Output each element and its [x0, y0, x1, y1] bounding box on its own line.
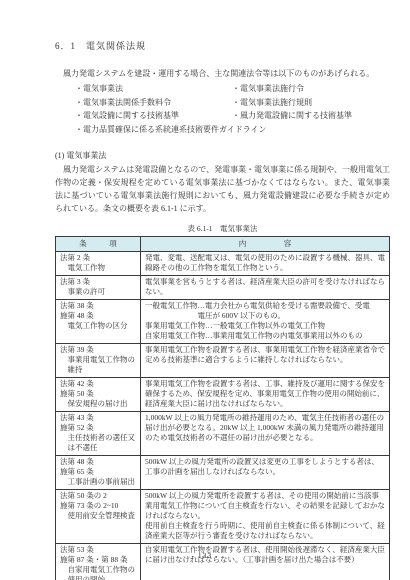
- article-cell: 法第 38 条 施第 48 条 電気工作物の区分: [56, 300, 141, 344]
- content-cell: 自家用電気工作物を設置する者は、使用開始後遅滞なく、経済産業大臣に届け出なければ…: [141, 544, 390, 580]
- law-list-item: ・電気事業法: [75, 82, 232, 96]
- article-cell: 法第 3 条 事業の許可: [56, 276, 141, 300]
- table-header-row: 条 項 内 容: [56, 237, 390, 252]
- law-list-item: ・電気事業法施行規則: [232, 96, 390, 110]
- law-list-item: ・電気事業法施行令: [232, 82, 390, 96]
- table-row: 法第 43 条 施第 52 条 主任技術者の選任又 は不選任 1,000kW 以…: [56, 412, 390, 456]
- law-list-item: ・電気設備に関する技術基準: [75, 109, 232, 123]
- table-row: 法第 42 条 施第 50 条 保安規程の届け出 事業用電気工作物を設置する者は…: [56, 378, 390, 412]
- table-header-cell-content: 内 容: [141, 237, 390, 252]
- law-list-item: ・風力発電設備に関する技術基準: [232, 109, 390, 123]
- table-row: 法第 48 条 施第 65 条 工事計画の事前届出 500kW 以上の風力発電所…: [56, 456, 390, 490]
- intro-paragraph: 風力発電システムを建設・運用する場合、主な関連法令等は以下のものがあげられる。: [55, 67, 390, 80]
- content-cell: 電気事業を営もうとする者は、経済産業大臣の許可を受けなければならない。: [141, 276, 390, 300]
- content-cell: 発電、変電、送配電又は、電気の使用のために設置する機械、器具、電線路その他の工作…: [141, 252, 390, 276]
- content-cell: 事業用電気工作物を設置する者は、事業用電気工作物を経済産業省令で定める技術基準に…: [141, 344, 390, 378]
- article-cell: 法第 42 条 施第 50 条 保安規程の届け出: [56, 378, 141, 412]
- page-title: 6．1 電気関係法規: [55, 40, 390, 52]
- table-row: 法第 39 条 事業用電気工作物の 維持 事業用電気工作物を設置する者は、事業用…: [56, 344, 390, 378]
- page-content: 6．1 電気関係法規 風力発電システムを建設・運用する場合、主な関連法令等は以下…: [55, 40, 390, 580]
- article-cell: 法第 39 条 事業用電気工作物の 維持: [56, 344, 141, 378]
- document-page: { "page": { "title": "6．1 電気関係法規", "intr…: [0, 0, 410, 580]
- content-cell: 500kW 以上の風力発電所を設置する者は、その使用の開始前に当該事業用電気工作…: [141, 490, 390, 544]
- article-cell: 法第 2 条 電気工作物: [56, 252, 141, 276]
- table-row: 法第 3 条 事業の許可 電気事業を営もうとする者は、経済産業大臣の許可を受けな…: [56, 276, 390, 300]
- content-cell: 500kW 以上の風力発電所の設置又は変更の工事をしようとする者は、工事の計画を…: [141, 456, 390, 490]
- content-cell: 1,000kW 以上の風力発電所の維持運用のため、電気主任技術者の選任の届け出が…: [141, 412, 390, 456]
- table-row: 法第 2 条 電気工作物 発電、変電、送配電又は、電気の使用のために設置する機械…: [56, 252, 390, 276]
- section-heading: (1) 電気事業法: [55, 149, 390, 162]
- table-caption: 表 6.1-1 電気事業法: [55, 223, 390, 234]
- article-cell: 法第 53 条 施第 87 条・第 88 条 自家用電気工作物の 使用の開始: [56, 544, 141, 580]
- content-cell: 一般電気工作物…電力会社から電気供給を受ける需要設備で、受電 電圧が 600V …: [141, 300, 390, 344]
- law-list-item: ・電力品質確保に係る系統連系技術要件ガイドライン: [75, 123, 390, 137]
- article-cell: 法第 50 条の 2 施第 73 条の 2~10 使用前安全管理検査: [56, 490, 141, 544]
- table-row: 法第 53 条 施第 87 条・第 88 条 自家用電気工作物の 使用の開始 自…: [56, 544, 390, 580]
- page-number: - 133 -: [0, 551, 410, 560]
- table-row: 法第 50 条の 2 施第 73 条の 2~10 使用前安全管理検査 500kW…: [56, 490, 390, 544]
- electricity-business-act-table: 条 項 内 容 法第 2 条 電気工作物 発電、変電、送配電又は、電気の使用のた…: [55, 236, 390, 580]
- table-row: 法第 38 条 施第 48 条 電気工作物の区分 一般電気工作物…電力会社から電…: [56, 300, 390, 344]
- section-paragraph: 風力発電システムは発電設備となるので、発電事業・電気事業に係る規制や、一般用電気…: [55, 163, 390, 215]
- article-cell: 法第 43 条 施第 52 条 主任技術者の選任又 は不選任: [56, 412, 141, 456]
- content-cell: 事業用電気工作物を設置する者は、工事、維持及び運用に関する保安を確保するため、保…: [141, 378, 390, 412]
- law-list-item: ・電気事業法関係手数料令: [75, 96, 232, 110]
- table-header-cell-article: 条 項: [56, 237, 141, 252]
- related-laws-list: ・電気事業法 ・電気事業法施行令 ・電気事業法関係手数料令 ・電気事業法施行規則…: [55, 82, 390, 136]
- article-cell: 法第 48 条 施第 65 条 工事計画の事前届出: [56, 456, 141, 490]
